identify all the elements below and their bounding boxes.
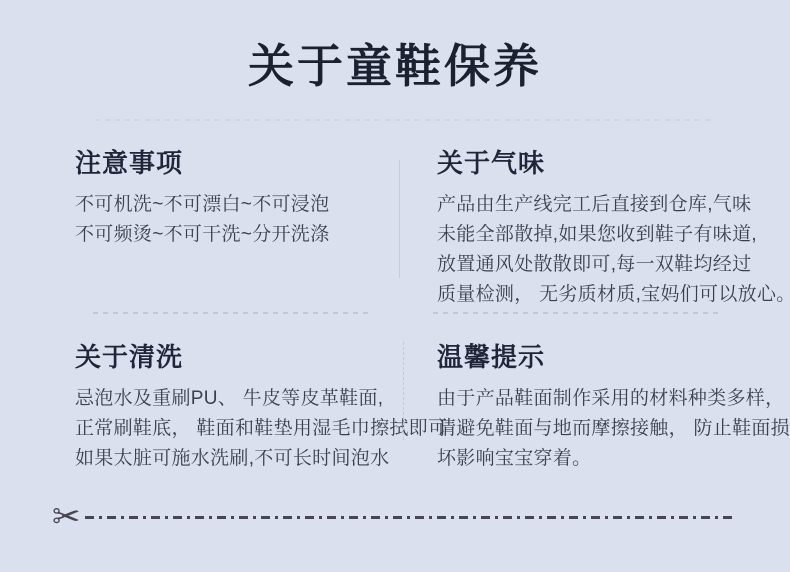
text-line: 产品由生产线完工后直接到仓库,气味 bbox=[437, 190, 767, 220]
section-cleaning-heading: 关于清洗 bbox=[75, 342, 415, 372]
text-line: 正常刷鞋底， 鞋面和鞋垫用湿毛巾擦拭即可 bbox=[75, 414, 415, 444]
section-odor-heading: 关于气味 bbox=[437, 148, 767, 178]
page-title: 关于童鞋保养 bbox=[0, 30, 790, 96]
text-line: 请避免鞋面与地而摩擦接触， 防止鞋面损 bbox=[437, 414, 767, 444]
column-divider-bottom bbox=[403, 342, 404, 440]
section-odor: 关于气味 产品由生产线完工后直接到仓库,气味 未能全部散掉,如果您收到鞋子有味道… bbox=[437, 148, 767, 310]
text-line: 不可频烫~不可干洗~分开洗涤 bbox=[75, 220, 405, 250]
section-tips-body: 由于产品鞋面制作采用的材料种类多样， 请避免鞋面与地而摩擦接触， 防止鞋面损 坏… bbox=[437, 384, 767, 474]
scissors-icon: ✂ bbox=[52, 500, 81, 534]
section-cleaning-body: 忌泡水及重刷PU、 牛皮等皮革鞋面, 正常刷鞋底， 鞋面和鞋垫用湿毛巾擦拭即可 … bbox=[75, 384, 415, 474]
section-tips: 温馨提示 由于产品鞋面制作采用的材料种类多样， 请避免鞋面与地而摩擦接触， 防止… bbox=[437, 342, 767, 474]
text-line: 不可机洗~不可漂白~不可浸泡 bbox=[75, 190, 405, 220]
text-line: 由于产品鞋面制作采用的材料种类多样， bbox=[437, 384, 767, 414]
title-separator bbox=[95, 119, 710, 121]
section-cleaning: 关于清洗 忌泡水及重刷PU、 牛皮等皮革鞋面, 正常刷鞋底， 鞋面和鞋垫用湿毛巾… bbox=[75, 342, 415, 474]
section-precautions-body: 不可机洗~不可漂白~不可浸泡 不可频烫~不可干洗~分开洗涤 bbox=[75, 190, 405, 250]
text-line: 忌泡水及重刷PU、 牛皮等皮革鞋面, bbox=[75, 384, 415, 414]
column-divider-top bbox=[399, 160, 400, 278]
section-separator-right bbox=[433, 312, 721, 314]
text-line: 质量检测， 无劣质材质,宝妈们可以放心。 bbox=[437, 280, 767, 310]
section-precautions-heading: 注意事项 bbox=[75, 148, 405, 178]
cut-line: ✂ bbox=[52, 496, 752, 538]
text-line: 坏影响宝宝穿着。 bbox=[437, 444, 767, 474]
dash-dot-line bbox=[85, 516, 733, 519]
section-separator-left bbox=[93, 312, 368, 314]
text-line: 如果太脏可施水洗刷,不可长时间泡水 bbox=[75, 444, 415, 474]
shoe-care-infographic: 关于童鞋保养 注意事项 不可机洗~不可漂白~不可浸泡 不可频烫~不可干洗~分开洗… bbox=[0, 0, 790, 572]
section-tips-heading: 温馨提示 bbox=[437, 342, 767, 372]
section-odor-body: 产品由生产线完工后直接到仓库,气味 未能全部散掉,如果您收到鞋子有味道, 放置通… bbox=[437, 190, 767, 310]
text-line: 未能全部散掉,如果您收到鞋子有味道, bbox=[437, 220, 767, 250]
text-line: 放置通风处散散即可,每一双鞋均经过 bbox=[437, 250, 767, 280]
section-precautions: 注意事项 不可机洗~不可漂白~不可浸泡 不可频烫~不可干洗~分开洗涤 bbox=[75, 148, 405, 250]
